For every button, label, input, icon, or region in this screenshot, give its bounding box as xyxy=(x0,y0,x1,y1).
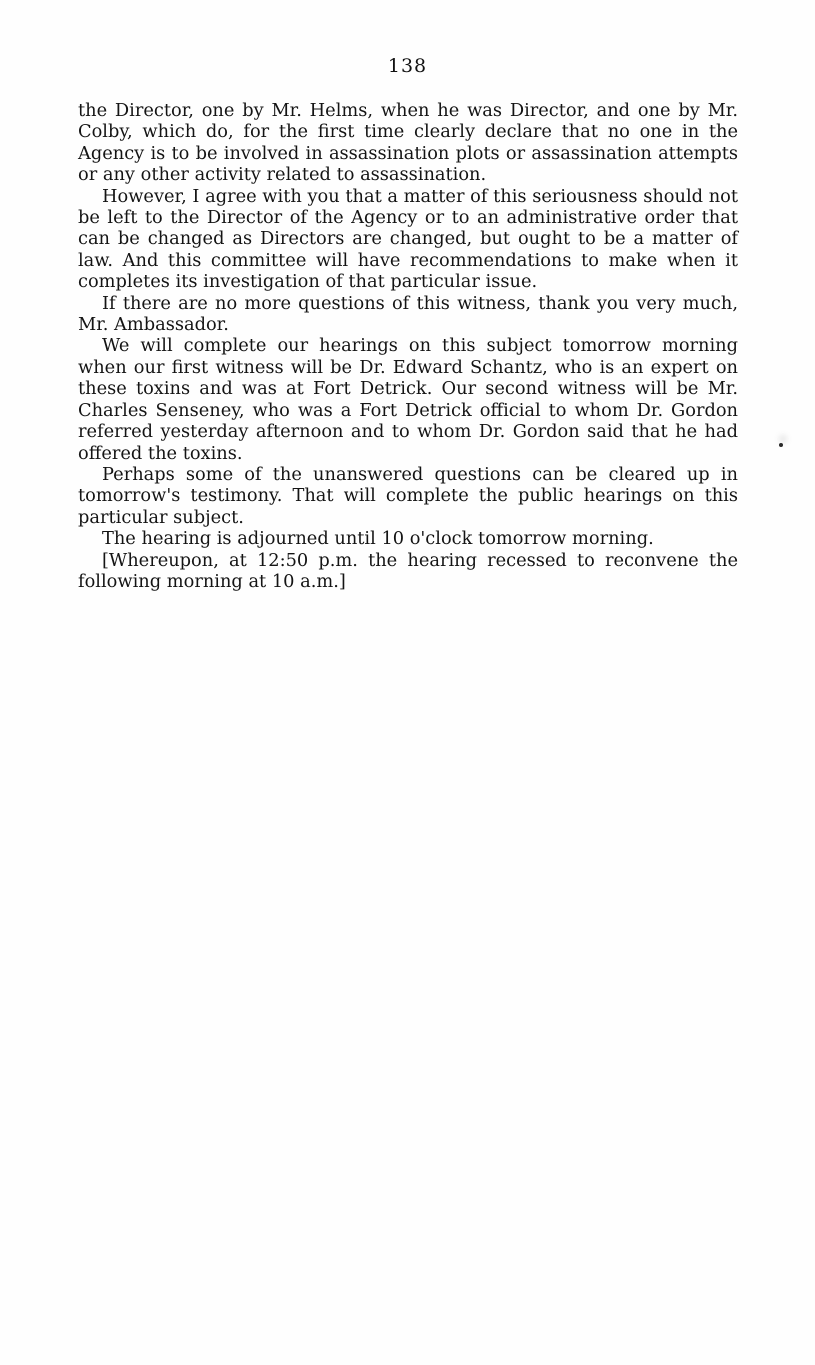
paragraph: Perhaps some of the unanswered questions… xyxy=(78,464,738,528)
paragraph: However, I agree with you that a matter … xyxy=(78,186,738,293)
body-text-block: the Director, one by Mr. Helms, when he … xyxy=(78,100,738,592)
page-number: 138 xyxy=(0,55,815,77)
paragraph: If there are no more questions of this w… xyxy=(78,293,738,336)
scanned-document-page: 138 the Director, one by Mr. Helms, when… xyxy=(0,0,815,1365)
paragraph-continuation: the Director, one by Mr. Helms, when he … xyxy=(78,100,738,186)
paragraph-stage-direction: [Whereupon, at 12:50 p.m. the hearing re… xyxy=(78,550,738,593)
scan-artifact-speck xyxy=(779,443,783,447)
paragraph: We will complete our hearings on this su… xyxy=(78,335,738,463)
paragraph: The hearing is adjourned until 10 o'cloc… xyxy=(78,528,738,549)
